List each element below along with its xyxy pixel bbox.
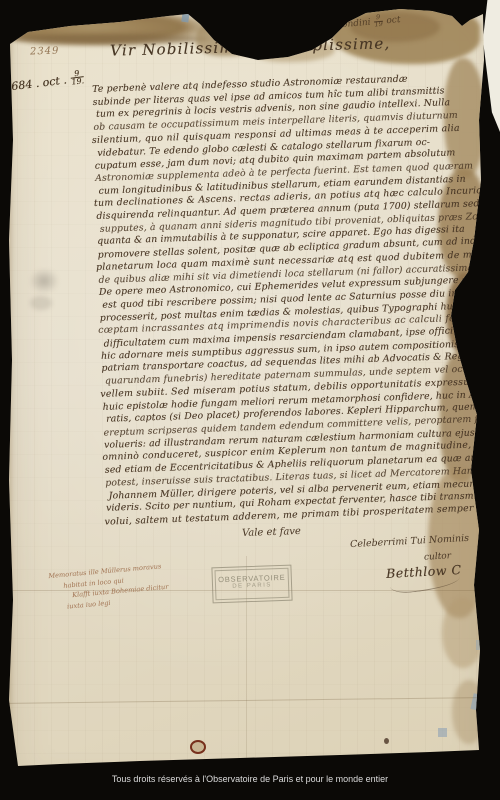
- tape-blue-top: [181, 12, 189, 23]
- stamp-line-2: DE PARIS: [216, 582, 288, 591]
- valediction-line-2: cultor: [424, 551, 452, 562]
- dateline-place: Londini: [336, 18, 371, 31]
- margin-date: 1684 . oct . 919.: [3, 69, 85, 94]
- margin-date-fraction: 919.: [70, 69, 84, 86]
- manuscript-body: Te perbenè valere atq indefesso studio A…: [92, 71, 499, 528]
- wax-seal-dot: [190, 740, 206, 754]
- dateline-fraction: 919: [374, 15, 383, 28]
- photograph-of-letter: 2349 Londini 919 oct Vir Nobilissime atq…: [0, 0, 500, 800]
- ink-blot-stain: [24, 264, 64, 298]
- ink-blot-smudge: [30, 296, 52, 310]
- manuscript-paper: 2349 Londini 919 oct Vir Nobilissime atq…: [0, 0, 500, 800]
- marginal-note: Memoratus ille Müllerus moravushabitat i…: [38, 558, 201, 614]
- valediction-line-1: Celeberrimi Tui Nominis: [350, 533, 469, 550]
- copyright-footer: Tous droits réservés à l'Observatoire de…: [0, 774, 500, 784]
- tape-blue-1: [470, 693, 482, 711]
- margin-date-main: 1684 . oct .: [4, 73, 68, 94]
- closing: Vale et fave: [242, 526, 301, 539]
- dateline-month: oct: [386, 15, 401, 26]
- archive-number: 2349: [30, 45, 60, 57]
- dateline: Londini 919 oct: [336, 13, 401, 31]
- observatory-stamp: OBSERVATOIRE DE PARIS: [211, 565, 292, 604]
- adjacent-page-edge: [482, 0, 500, 132]
- salutation: Vir Nobilissime atq Amplissime,: [110, 34, 391, 59]
- dark-speck: [384, 738, 389, 744]
- stain-bottom-right: [452, 680, 486, 744]
- tape-blue-2: [438, 728, 447, 737]
- stain-right-6: [442, 598, 484, 668]
- left-edge-shadow: [6, 40, 12, 756]
- observatory-stamp-frame: OBSERVATOIRE DE PARIS: [214, 568, 289, 601]
- fold-line-horizontal-2: [4, 697, 482, 704]
- tape-blue-3: [476, 640, 483, 650]
